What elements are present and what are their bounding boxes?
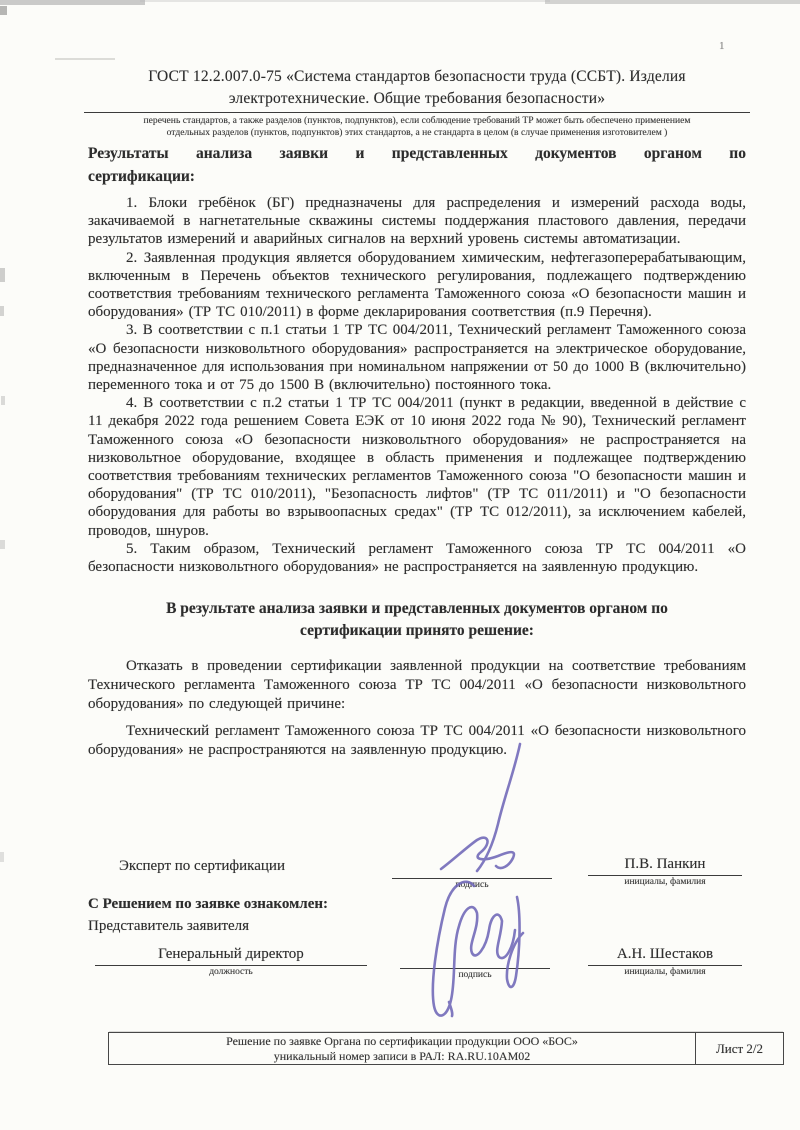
decision-heading-line1: В результате анализа заявки и представле… [88, 598, 746, 620]
expert-signature-field: подпись [392, 858, 552, 890]
director-title-field: Генеральный директор должность [95, 945, 367, 977]
paragraph-3: 3. В соответствии с п.1 статьи 1 ТР ТС 0… [88, 321, 746, 394]
decision-heading: В результате анализа заявки и представле… [88, 598, 746, 642]
footer-note: Решение по заявке Органа по сертификации… [109, 1033, 696, 1064]
paragraph-1: 1. Блоки гребёнок (БГ) предназначены для… [88, 194, 746, 249]
document-title-line1: ГОСТ 12.2.007.0-75 «Система стандартов б… [88, 66, 746, 88]
divider-rule [84, 112, 750, 113]
signature-line [400, 948, 550, 969]
scan-artifact-left-edge [0, 306, 4, 316]
scan-artifact-dash [55, 58, 115, 60]
results-heading: Результаты анализа заявки и представленн… [88, 142, 746, 188]
document-title: ГОСТ 12.2.007.0-75 «Система стандартов б… [88, 66, 746, 109]
expert-name-field: П.В. Панкин инициалы, фамилия [588, 855, 742, 887]
document-body: ГОСТ 12.2.007.0-75 «Система стандартов б… [88, 66, 746, 760]
scanned-document-page: 1 ГОСТ 12.2.007.0-75 «Система стандартов… [0, 0, 800, 1130]
paragraph-5: 5. Таким образом, Технический регламент … [88, 540, 746, 576]
fine-print-line2: отдельных разделов (пунктов, подпунктов)… [88, 127, 746, 139]
decision-heading-line2: сертификации принято решение: [88, 620, 746, 642]
name-caption: инициалы, фамилия [588, 876, 742, 887]
scan-artifact-left-edge [1, 396, 5, 405]
signature-caption: подпись [400, 969, 550, 980]
footer-note-line2: уникальный номер записи в РАЛ: RA.RU.10A… [109, 1049, 695, 1064]
results-heading-line1: Результаты анализа заявки и представленн… [88, 142, 746, 165]
document-title-line2: электротехнические. Общие требования без… [88, 88, 746, 110]
signature-caption: подпись [392, 879, 552, 890]
scan-artifact-left-edge [0, 268, 5, 282]
footer-table: Решение по заявке Органа по сертификации… [108, 1032, 784, 1065]
scan-artifact-top-edge [140, 0, 550, 2]
decision-paragraph-1: Отказать в проведении сертификации заявл… [88, 657, 746, 714]
signature-line [392, 858, 552, 879]
name-caption: инициалы, фамилия [588, 966, 742, 977]
fine-print-note: перечень стандартов, а также разделов (п… [88, 115, 746, 139]
director-name: А.Н. Шестаков [588, 945, 742, 966]
scan-artifact-left-edge [0, 852, 4, 862]
scan-artifact-top-edge [0, 0, 145, 5]
fine-print-line1: перечень стандартов, а также разделов (п… [88, 115, 746, 127]
representative-label: Представитель заявителя [88, 918, 249, 935]
footer-note-line1: Решение по заявке Органа по сертификации… [109, 1034, 695, 1049]
sheet-number: Лист 2/2 [696, 1033, 783, 1064]
paragraph-4: 4. В соответствии с п.2 статьи 1 ТР ТС 0… [88, 394, 746, 540]
scan-artifact-left-edge [0, 6, 7, 15]
expert-name: П.В. Панкин [588, 855, 742, 876]
page-number-mark: 1 [719, 40, 725, 52]
director-name-field: А.Н. Шестаков инициалы, фамилия [588, 945, 742, 977]
director-title: Генеральный директор [95, 945, 367, 966]
decision-paragraph-2: Технический регламент Таможенного союза … [88, 722, 746, 760]
position-caption: должность [95, 966, 367, 977]
expert-role-label: Эксперт по сертификации [119, 858, 285, 875]
director-signature-field: подпись [400, 948, 550, 980]
scan-artifact-left-edge [0, 540, 5, 549]
paragraph-2: 2. Заявленная продукция является оборудо… [88, 249, 746, 322]
acknowledged-heading: С Решением по заявке ознакомлен: [88, 896, 328, 913]
scan-artifact-top-edge [545, 0, 800, 4]
results-heading-line2: сертификации: [88, 165, 746, 188]
